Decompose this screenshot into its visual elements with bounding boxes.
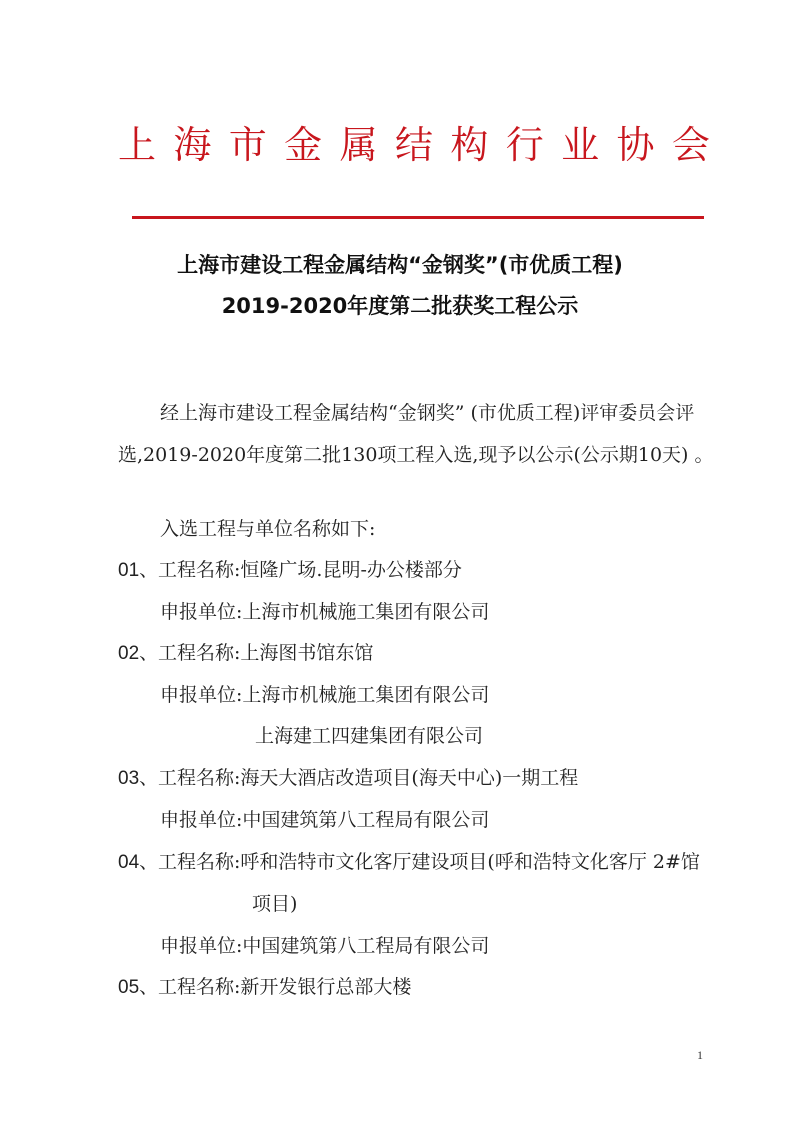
project-number: 01、 bbox=[118, 555, 158, 582]
name-label: 工程名称: bbox=[158, 976, 240, 998]
project-04-unit-row: 申报单位:中国建筑第八工程局有限公司 bbox=[160, 931, 489, 958]
document-page: 上 海 市 金 属 结 构 行 业 协 会 上海市建设工程金属结构“金钢奖”(市… bbox=[0, 0, 800, 1130]
project-05-name-row: 05、工程名称:新开发银行总部大楼 bbox=[118, 972, 411, 999]
page-number: 1 bbox=[697, 1048, 703, 1063]
unit-name: 中国建筑第八工程局有限公司 bbox=[242, 935, 489, 957]
name-label: 工程名称: bbox=[158, 851, 240, 873]
letterhead-char: 上 bbox=[118, 120, 156, 170]
letterhead-char: 会 bbox=[672, 120, 710, 170]
project-number: 04、 bbox=[118, 847, 158, 874]
letterhead-char: 业 bbox=[561, 120, 599, 170]
project-03-name-row: 03、工程名称:海天大酒店改造项目(海天中心)一期工程 bbox=[118, 763, 578, 790]
unit-label: 申报单位: bbox=[160, 935, 242, 957]
letterhead-char: 行 bbox=[506, 120, 544, 170]
project-name: 新开发银行总部大楼 bbox=[240, 976, 411, 998]
letterhead-char: 结 bbox=[395, 120, 433, 170]
letterhead-char: 市 bbox=[229, 120, 267, 170]
project-04-name-row: 04、工程名称:呼和浩特市文化客厅建设项目(呼和浩特文化客厅 2#馆 bbox=[118, 847, 700, 874]
project-02-unit-row: 申报单位:上海市机械施工集团有限公司 bbox=[160, 680, 489, 707]
unit-name: 上海市机械施工集团有限公司 bbox=[242, 684, 489, 706]
unit-name: 上海市机械施工集团有限公司 bbox=[242, 601, 489, 623]
name-label: 工程名称: bbox=[158, 642, 240, 664]
project-03-unit-row: 申报单位:中国建筑第八工程局有限公司 bbox=[160, 805, 489, 832]
document-title-line2: 2019-2020年度第二批获奖工程公示 bbox=[0, 290, 800, 320]
project-02-unit-row-2: 上海建工四建集团有限公司 bbox=[255, 721, 483, 748]
intro-paragraph-line2: 选,2019-2020年度第二批130项工程入选,现予以公示(公示期10天) 。 bbox=[118, 440, 714, 467]
name-label: 工程名称: bbox=[158, 559, 240, 581]
letterhead-divider bbox=[132, 216, 704, 219]
project-04-name-continuation: 项目) bbox=[252, 889, 297, 916]
project-number: 05、 bbox=[118, 972, 158, 999]
project-number: 02、 bbox=[118, 638, 158, 665]
letterhead-char: 构 bbox=[450, 120, 488, 170]
unit-label: 申报单位: bbox=[160, 809, 242, 831]
organization-letterhead: 上 海 市 金 属 结 构 行 业 协 会 bbox=[118, 120, 710, 170]
project-name: 海天大酒店改造项目(海天中心)一期工程 bbox=[240, 767, 578, 789]
project-number: 03、 bbox=[118, 763, 158, 790]
unit-name: 中国建筑第八工程局有限公司 bbox=[242, 809, 489, 831]
project-02-name-row: 02、工程名称:上海图书馆东馆 bbox=[118, 638, 373, 665]
letterhead-char: 金 bbox=[284, 120, 322, 170]
document-title-line1: 上海市建设工程金属结构“金钢奖”(市优质工程) bbox=[0, 249, 800, 279]
name-label: 工程名称: bbox=[158, 767, 240, 789]
project-name: 呼和浩特市文化客厅建设项目(呼和浩特文化客厅 2#馆 bbox=[240, 851, 699, 873]
letterhead-char: 海 bbox=[173, 120, 211, 170]
letterhead-char: 属 bbox=[340, 120, 378, 170]
letterhead-char: 协 bbox=[617, 120, 655, 170]
intro-paragraph-line1: 经上海市建设工程金属结构“金钢奖” (市优质工程)评审委员会评 bbox=[160, 398, 694, 425]
project-name: 恒隆广场.昆明-办公楼部分 bbox=[240, 559, 461, 581]
list-heading: 入选工程与单位名称如下: bbox=[160, 514, 375, 541]
unit-label: 申报单位: bbox=[160, 601, 242, 623]
project-name: 上海图书馆东馆 bbox=[240, 642, 373, 664]
project-01-unit-row: 申报单位:上海市机械施工集团有限公司 bbox=[160, 597, 489, 624]
unit-label: 申报单位: bbox=[160, 684, 242, 706]
project-01-name-row: 01、工程名称:恒隆广场.昆明-办公楼部分 bbox=[118, 555, 462, 582]
